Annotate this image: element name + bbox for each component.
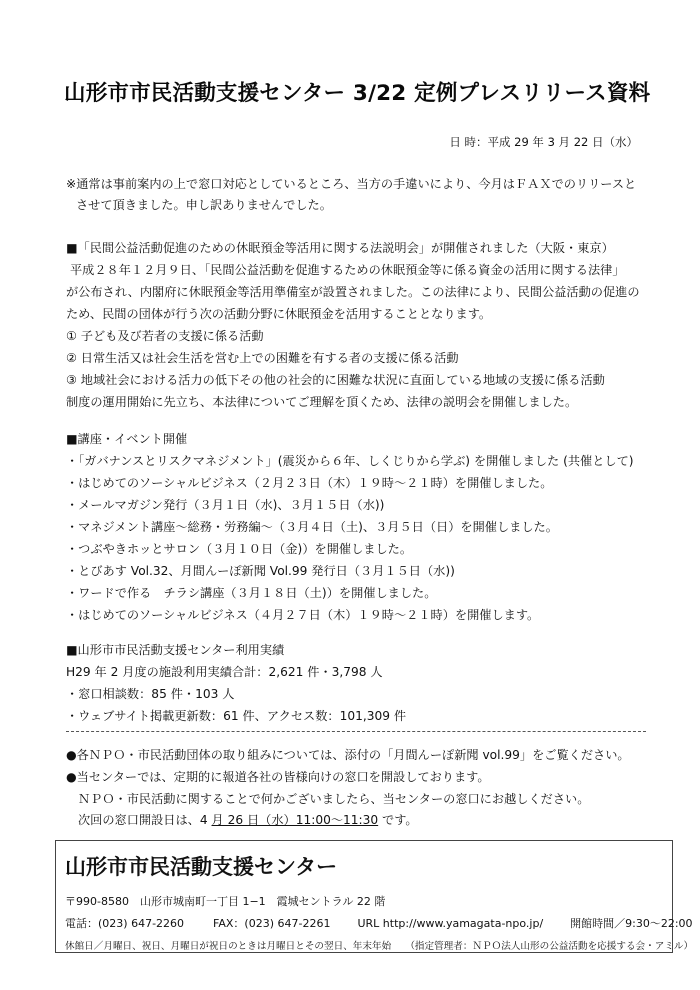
event-item-8: ・はじめてのソーシャルビジネス（４月２７日（木）１９時～２１時）を開催します。 <box>66 607 539 623</box>
usage-item-website: ・ウェブサイト掲載更新数：61 件、アクセス数：101,309 件 <box>66 708 406 724</box>
press-release-page: 山形市市民活動支援センター 3/22 定例プレスリリース資料 日 時：平成 29… <box>0 0 700 990</box>
section-law-body-3: ため、民間の団体が行う次の活動分野に休眠預金を活用することとなります。 <box>66 306 491 322</box>
usage-item-consultations: ・窓口相談数：85 件・103 人 <box>66 686 234 702</box>
footer-manager: （指定管理者：ＮＰＯ法人山形の公益活動を応援する会・アミル） <box>405 941 693 952</box>
footer-org-name: 山形市市民活動支援センター <box>65 851 337 881</box>
note-press-window: ●当センターでは、定期的に報道各社の皆様向けの窓口を開設しております。 <box>66 769 490 785</box>
section-law-heading: ■「民間公益活動促進のための休眠預金等活用に関する法説明会」が開催されました（大… <box>66 240 614 256</box>
footer-hours: 開館時間／9:30～22:00 <box>570 917 692 930</box>
footer-closed-days: 休館日／月曜日、祝日、月曜日が祝日のときは月曜日とその翌日、年末年始 <box>65 941 391 952</box>
event-item-2: ・はじめてのソーシャルビジネス（２月２３日（木）１９時～２１時）を開催しました。 <box>66 475 552 491</box>
section-law-body-2: が公布され、内閣府に休眠預金等活用準備室が設置されました。この法律により、民間公… <box>66 284 640 300</box>
event-item-1: ・「ガバナンスとリスクマネジメント」(震災から６年、しくじりから学ぶ) を開催し… <box>66 453 634 469</box>
footer-url[interactable]: URL http://www.yamagata-npo.jp/ <box>357 917 543 930</box>
event-item-4: ・マネジメント講座～総務・労務編～（３月４日（土)、３月５日（日）を開催しました… <box>66 519 558 535</box>
note-next-date: 次回の窓口開設日は、4 月 26 日（水）11:00～11:30 です。 <box>78 812 418 828</box>
document-title: 山形市市民活動支援センター 3/22 定例プレスリリース資料 <box>64 76 654 107</box>
footer-closed-row: 休館日／月曜日、祝日、月曜日が祝日のときは月曜日とその翌日、年末年始 （指定管理… <box>65 938 693 952</box>
footer-contact-row: 電話：(023) 647-2260 FAX：(023) 647-2261 URL… <box>65 915 693 931</box>
law-item-3: ③ 地域社会における活力の低下その他の社会的に困難な状況に直面している地域の支援… <box>66 372 605 388</box>
footer-fax: FAX：(023) 647-2261 <box>213 917 330 930</box>
event-item-5: ・つぶやきホッとサロン（３月１０日（金)）を開催しました。 <box>66 541 412 557</box>
event-item-6: ・とびあす Vol.32、月間んーぽ新聞 Vol.99 発行日（３月１５日（水)… <box>66 563 455 579</box>
notice-line-1: ※通常は事前案内の上で窓口対応としているところ、当方の手違いにより、今月はＦＡＸ… <box>66 176 636 192</box>
law-item-2: ② 日常生活又は社会生活を営む上での困難を有する者の支援に係る活動 <box>66 350 459 366</box>
footer-address: 〒990-8580 山形市城南町一丁目 1−1 霞城セントラル 22 階 <box>65 893 385 909</box>
footer-contact-box: 山形市市民活動支援センター 〒990-8580 山形市城南町一丁目 1−1 霞城… <box>55 840 673 953</box>
event-item-7: ・ワードで作る チラシ講座（３月１８日（土)）を開催しました。 <box>66 585 436 601</box>
date-line: 日 時：平成 29 年 3 月 22 日（水） <box>449 134 638 150</box>
next-date-prefix: 次回の窓口開設日は、4 <box>78 813 212 827</box>
next-date-suffix: です。 <box>378 813 417 827</box>
law-item-1: ① 子ども及び若者の支援に係る活動 <box>66 328 264 344</box>
notice-line-2: させて頂きました。申し訳ありませんでした。 <box>76 197 332 213</box>
section-law-body-1: 平成２８年１２月９日、「民間公益活動を促進するための休眠預金等に係る資金の活用に… <box>70 262 625 278</box>
section-law-closing: 制度の運用開始に先立ち、本法律についてご理解を頂くため、法律の説明会を開催しまし… <box>66 394 577 410</box>
next-date-value: 月 26 日（水）11:00～11:30 <box>212 813 379 827</box>
note-newspaper: ●各ＮＰＯ・市民活動団体の取り組みについては、添付の「月間んーぽ新聞 vol.9… <box>66 747 630 763</box>
section-events-heading: ■講座・イベント開催 <box>66 431 187 447</box>
section-usage-heading: ■山形市市民活動支援センター利用実績 <box>66 642 284 658</box>
footer-phone: 電話：(023) 647-2260 <box>65 917 184 930</box>
usage-summary: H29 年 2 月度の施設利用実績合計：2,621 件・3,798 人 <box>66 664 383 680</box>
note-contact: ＮＰＯ・市民活動に関することで何かございましたら、当センターの窓口にお越しくださ… <box>78 791 589 807</box>
dashed-divider <box>66 731 646 732</box>
event-item-3: ・メールマガジン発行（３月１日（水)、３月１５日（水)) <box>66 497 384 513</box>
